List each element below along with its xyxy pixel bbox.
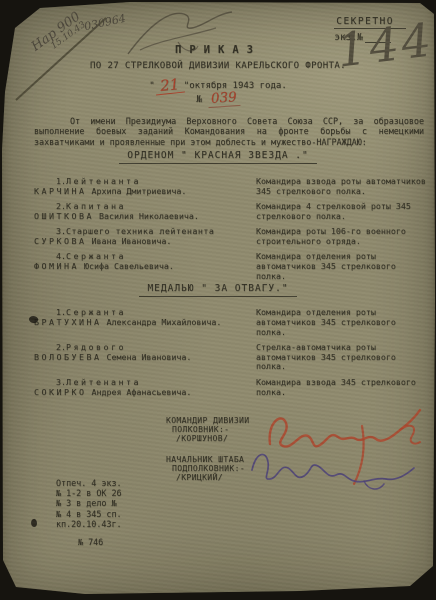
preamble-text: От имени Президиума Верховного Совета Со… xyxy=(34,116,424,147)
chief-rank: ПОДПОЛКОВНИК:- xyxy=(172,464,249,473)
entry-name-block: 4.Сержанта ФОМИНА Юсифа Савельевича. xyxy=(34,252,256,281)
print-line: № 3 в дело № xyxy=(56,498,122,508)
entry-given-name: Александра Михайловича. xyxy=(106,317,221,327)
entry-name-block: 1.Сержанта БРАТУХИНА Александра Михайлов… xyxy=(34,308,256,337)
red-star-entries: 1.Лейтенанта КАРЧИНА Архипа Дмитриевича.… xyxy=(34,177,426,287)
entry-surname: БРАТУХИНА xyxy=(34,317,101,327)
award-entry: 2.Рядового ВОЛОБУЕВА Семена Ивановича. С… xyxy=(34,343,426,372)
entry-number: 4. xyxy=(56,251,66,261)
section-heading-medal: МЕДАЛЬЮ " ЗА ОТВАГУ." xyxy=(0,283,436,294)
entry-given-name: Архипа Дмитриевича. xyxy=(91,186,186,196)
entry-rank: Сержанта xyxy=(66,307,126,317)
entry-surname: ОШИТКОВА xyxy=(34,211,94,221)
ink-blot xyxy=(30,518,38,527)
entry-number: 3. xyxy=(56,226,66,236)
chief-signature xyxy=(246,438,421,496)
entry-name-block: 3.Лейтенанта СОКИРКО Андрея Афанасьевича… xyxy=(34,378,256,398)
entry-given-name: Ивана Ивановича. xyxy=(91,236,171,246)
print-line: кп.20.10.43г. xyxy=(56,519,122,529)
print-line: Отпеч. 4 экз. xyxy=(56,478,122,488)
entry-given-name: Юсифа Савельевича. xyxy=(84,261,174,271)
section-heading-medal-text: МЕДАЛЬЮ " ЗА ОТВАГУ." xyxy=(139,283,296,297)
entry-rank: Капитана xyxy=(66,201,126,211)
entry-name-block: 2.Рядового ВОЛОБУЕВА Семена Ивановича. xyxy=(34,343,256,372)
chief-title: НАЧАЛЬНИК ШТАБА xyxy=(166,455,249,464)
entry-rank: Лейтенанта xyxy=(66,176,141,186)
award-entry: 3.Старшего техника лейтенанта СУРКОВА Ив… xyxy=(34,227,426,247)
entry-position: Командира взвода роты автоматчиков 345 с… xyxy=(256,177,426,197)
handwritten-order-number: 039 xyxy=(207,91,240,108)
chief-name: /КРИЦКИЙ/ xyxy=(176,473,249,482)
entry-rank: Сержанта xyxy=(66,251,126,261)
entry-given-name: Андрея Афанасьевича. xyxy=(91,387,191,397)
entry-given-name: Семена Ивановича. xyxy=(106,352,191,362)
signature-block: КОМАНДИР ДИВИЗИИ ПОЛКОВНИК:- /КОРШУНОВ/ … xyxy=(166,416,249,482)
order-number-label: № xyxy=(196,94,202,105)
print-line: № 4 в 345 сп. xyxy=(56,509,122,519)
award-entry: 2.Капитана ОШИТКОВА Василия Николаевича.… xyxy=(34,202,426,222)
medal-entries: 1.Сержанта БРАТУХИНА Александра Михайлов… xyxy=(34,308,426,403)
entry-name-block: 2.Капитана ОШИТКОВА Василия Николаевича. xyxy=(34,202,256,222)
entry-surname: ВОЛОБУЕВА xyxy=(34,352,101,362)
entry-position: Командира отделения роты автоматчиков 34… xyxy=(256,308,426,337)
commander-title: КОМАНДИР ДИВИЗИИ xyxy=(166,416,249,425)
entry-number: 2. xyxy=(56,201,66,211)
entry-position: Командира роты 106-го военного строитель… xyxy=(256,227,426,247)
entry-number: 1. xyxy=(56,307,66,317)
entry-surname: СОКИРКО xyxy=(34,387,86,397)
print-record-block: Отпеч. 4 экз. № 1-2 в ОК 26 № 3 в дело №… xyxy=(56,478,122,547)
entry-rank: Старшего техника лейтенанта xyxy=(66,226,214,236)
section-heading-red-star: ОРДЕНОМ " КРАСНАЯ ЗВЕЗДА ." xyxy=(0,150,436,161)
serial-handwritten-note: 030964 xyxy=(83,12,127,33)
document-page: Нар 900 15.10.43 030964 СЕКРЕТНО экз.№ 1… xyxy=(0,0,436,600)
commander-name: /КОРШУНОВ/ xyxy=(176,434,249,443)
award-entry: 4.Сержанта ФОМИНА Юсифа Савельевича. Ком… xyxy=(34,252,426,281)
entry-surname: СУРКОВА xyxy=(34,236,86,246)
entry-rank: Рядового xyxy=(66,342,126,352)
entry-position: Командира 4 стрелковой роты 345 стрелков… xyxy=(256,202,426,222)
entry-number: 1. xyxy=(56,176,66,186)
award-entry: 1.Лейтенанта КАРЧИНА Архипа Дмитриевича.… xyxy=(34,177,426,197)
order-number: № 039 xyxy=(0,92,436,107)
commander-rank: ПОЛКОВНИК:- xyxy=(172,425,249,434)
entry-number: 2. xyxy=(56,342,66,352)
award-entry: 1.Сержанта БРАТУХИНА Александра Михайлов… xyxy=(34,308,426,337)
entry-rank: Лейтенанта xyxy=(66,377,141,387)
print-line: № 1-2 в ОК 26 xyxy=(56,488,122,498)
order-title: ПРИКАЗ xyxy=(0,44,436,56)
entry-name-block: 3.Старшего техника лейтенанта СУРКОВА Ив… xyxy=(34,227,256,247)
document-stamp-number: № 746 xyxy=(78,537,122,547)
entry-surname: КАРЧИНА xyxy=(34,186,86,196)
entry-position: Командира отделения роты автоматчиков 34… xyxy=(256,252,426,281)
entry-name-block: 1.Лейтенанта КАРЧИНА Архипа Дмитриевича. xyxy=(34,177,256,197)
entry-position: Стрелка-автоматчика роты автоматчиков 34… xyxy=(256,343,426,372)
entry-surname: ФОМИНА xyxy=(34,261,79,271)
entry-number: 3. xyxy=(56,377,66,387)
section-heading-red-star-text: ОРДЕНОМ " КРАСНАЯ ЗВЕЗДА ." xyxy=(119,150,316,164)
entry-given-name: Василия Николаевича. xyxy=(99,211,199,221)
order-subtitle: ПО 27 СТРЕЛКОВОЙ ДИВИЗИИ КАРЕЛЬСКОГО ФРО… xyxy=(0,61,436,71)
